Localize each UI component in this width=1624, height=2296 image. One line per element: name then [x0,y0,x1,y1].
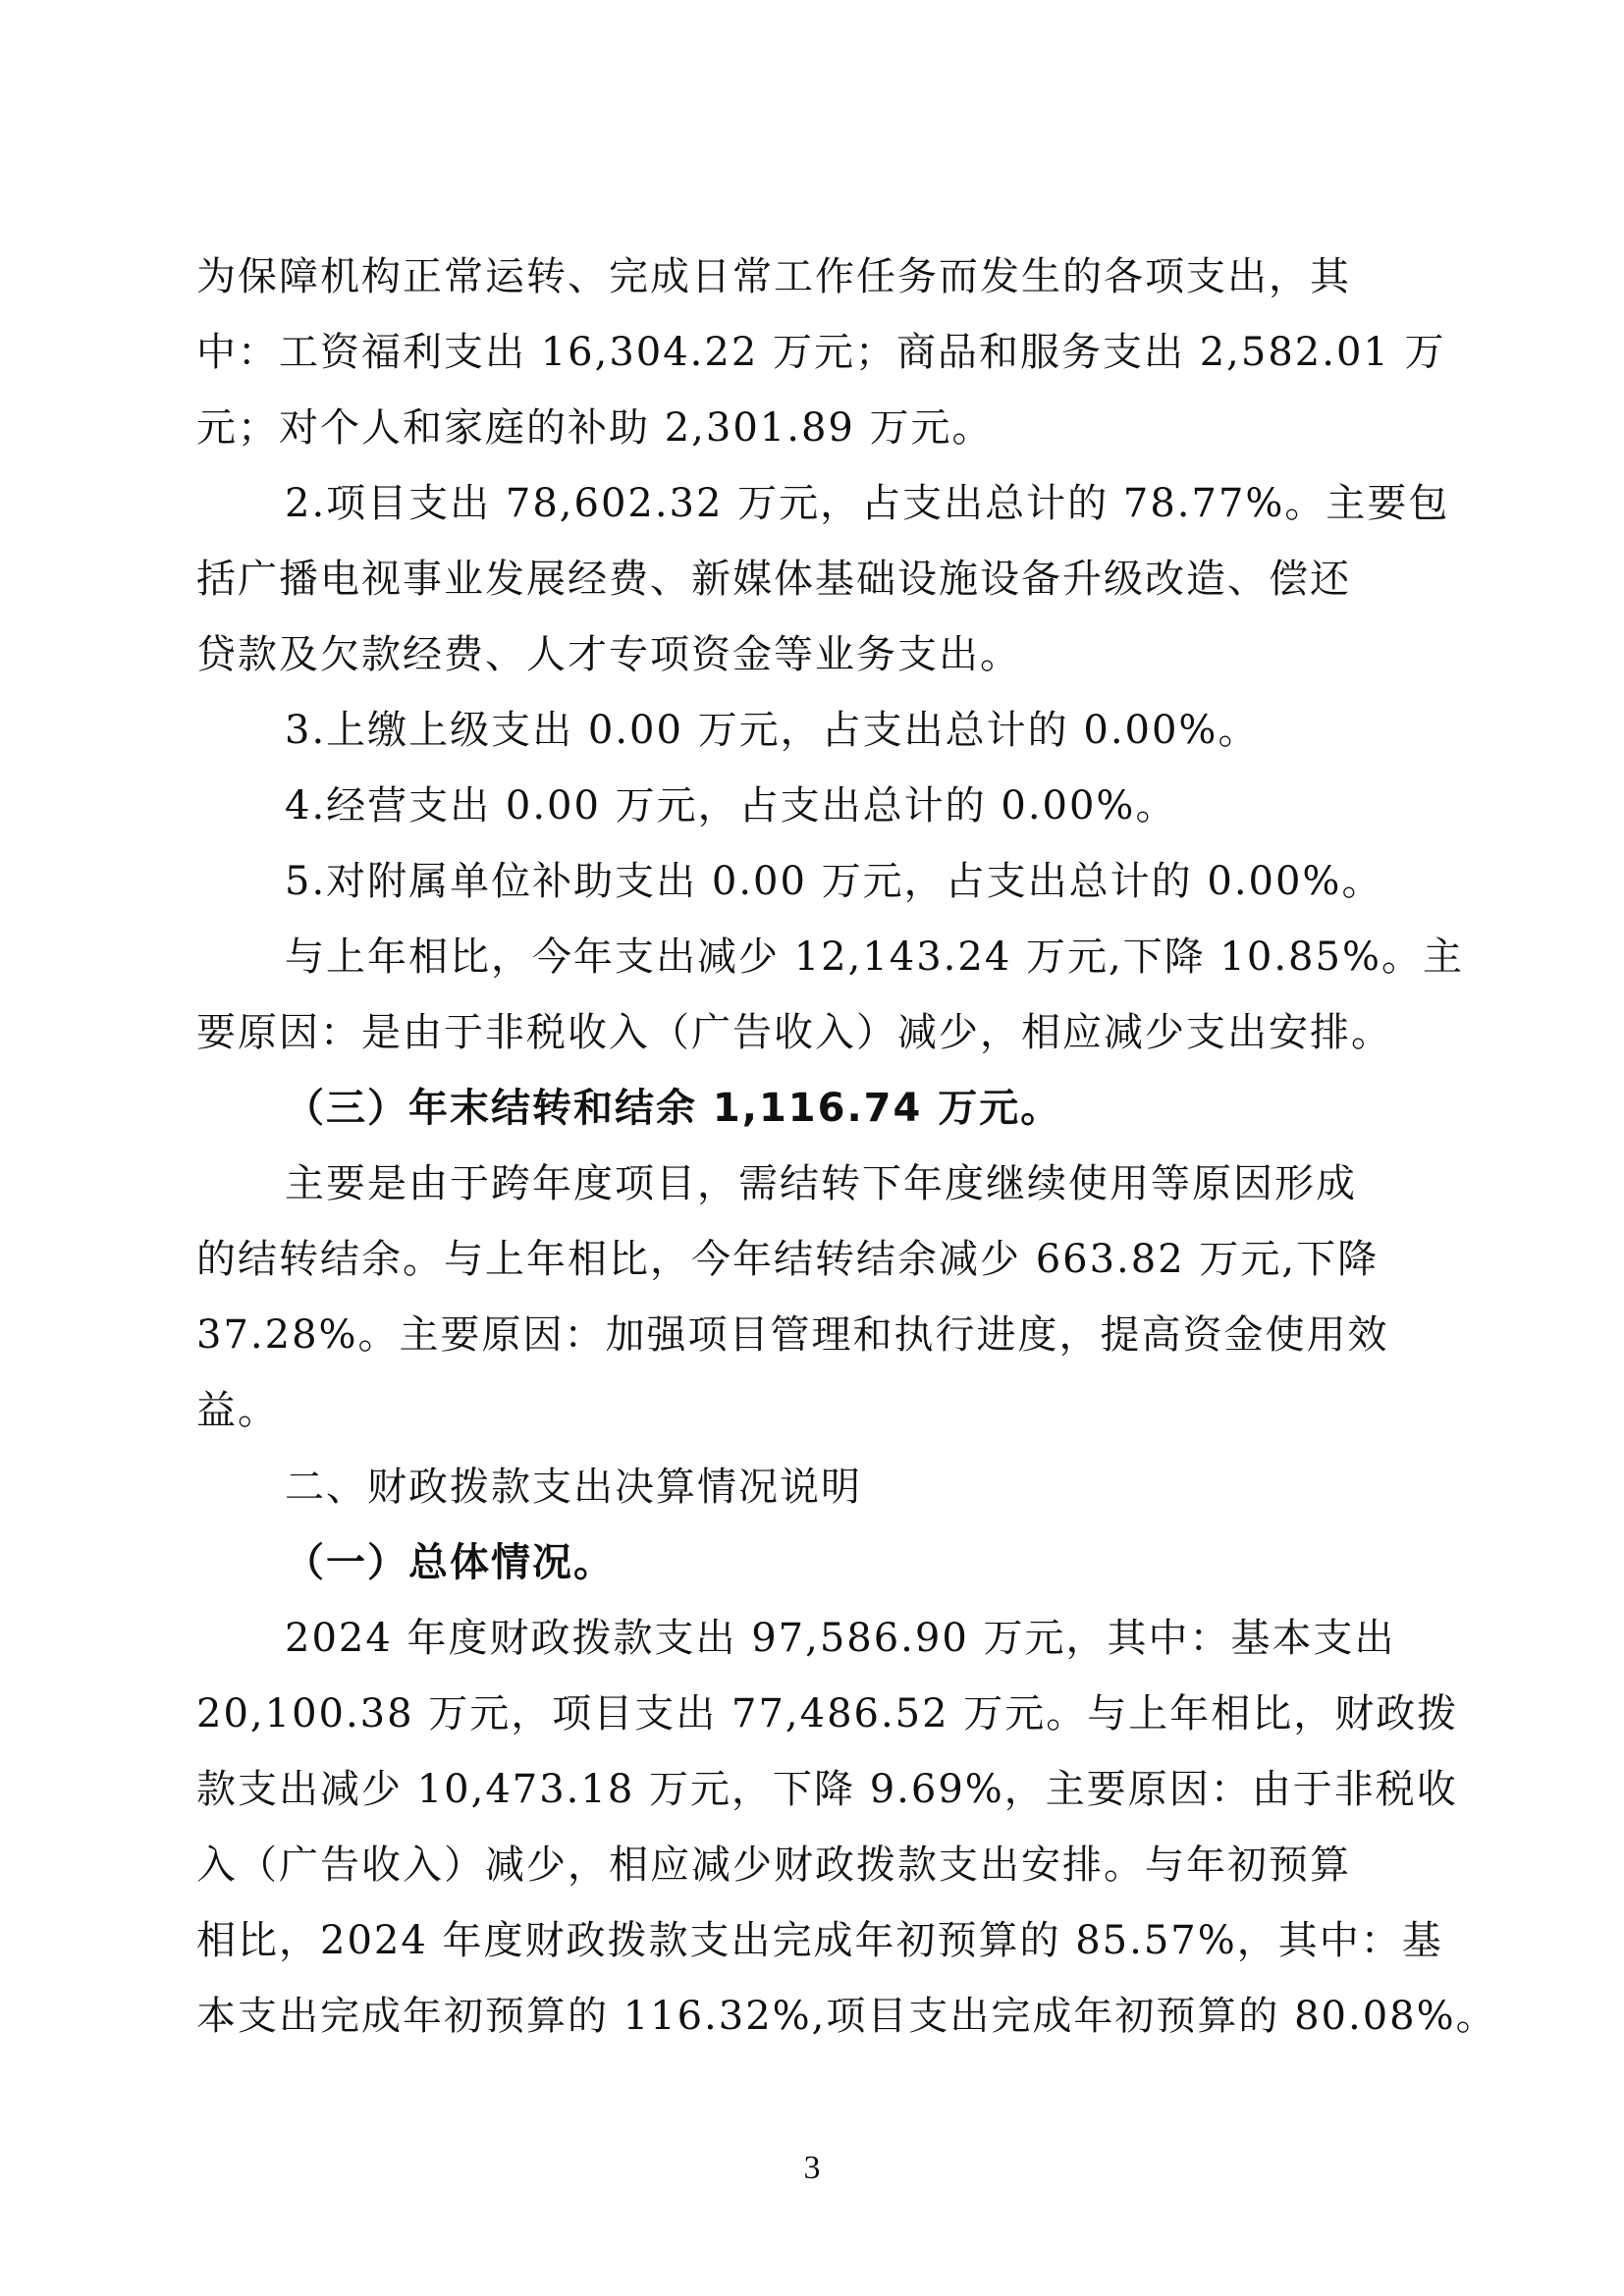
body-text-line: 相比，2024 年度财政拨款支出完成年初预算的 85.57%，其中：基 [196,1904,1443,1978]
body-text-line: 与上年相比，今年支出减少 12,143.24 万元,下降 10.85%。主 [285,921,1464,994]
body-text-line: 本支出完成年初预算的 116.32%,项目支出完成年初预算的 80.08%。 [196,1980,1497,2054]
item-3-upper-level-payment: 3.上缴上级支出 0.00 万元，占支出总计的 0.00%。 [285,694,1259,768]
item-2-project-expenditure: 2.项目支出 78,602.32 万元，占支出总计的 78.77%。主要包 [285,467,1449,541]
item-4-operating-expenditure: 4.经营支出 0.00 万元，占支出总计的 0.00%。 [285,770,1176,843]
section-heading-overview: （一）总体情况。 [285,1526,615,1600]
item-5-subsidiary-subsidy: 5.对附属单位补助支出 0.00 万元，占支出总计的 0.00%。 [285,845,1382,919]
body-text-line: 款支出减少 10,473.18 万元，下降 9.69%，主要原因：由于非税收 [196,1753,1458,1827]
body-text-line: 贷款及欠款经费、人才专项资金等业务支出。 [196,618,1021,692]
body-text-line: 为保障机构正常运转、完成日常工作任务而发生的各项支出，其 [196,240,1351,314]
body-text-line: 37.28%。主要原因：加强项目管理和执行进度，提高资金使用效 [196,1299,1389,1372]
body-text-line: 益。 [196,1374,279,1448]
chapter-heading-fiscal-appropriation: 二、财政拨款支出决算情况说明 [285,1451,862,1524]
body-text-line: 括广播电视事业发展经费、新媒体基础设施设备升级改造、偿还 [196,543,1351,616]
body-text-line: 2024 年度财政拨款支出 97,586.90 万元，其中：基本支出 [285,1602,1396,1676]
body-text-line: 20,100.38 万元，项目支出 77,486.52 万元。与上年相比，财政拨 [196,1678,1458,1751]
body-text-line: 入（广告收入）减少，相应减少财政拨款支出安排。与年初预算 [196,1829,1351,1902]
section-heading-carryover: （三）年末结转和结余 1,116.74 万元。 [285,1072,1061,1146]
body-text-line: 的结转结余。与上年相比，今年结转结余减少 663.82 万元,下降 [196,1223,1379,1297]
body-text-line: 中：工资福利支出 16,304.22 万元；商品和服务支出 2,582.01 万 [196,316,1446,390]
body-text-line: 要原因：是由于非税收入（广告收入）减少，相应减少支出安排。 [196,996,1392,1070]
page-number: 3 [0,2150,1624,2187]
body-text-line: 主要是由于跨年度项目，需结转下年度继续使用等原因形成 [285,1148,1357,1221]
body-text-line: 元；对个人和家庭的补助 2,301.89 万元。 [196,392,994,465]
